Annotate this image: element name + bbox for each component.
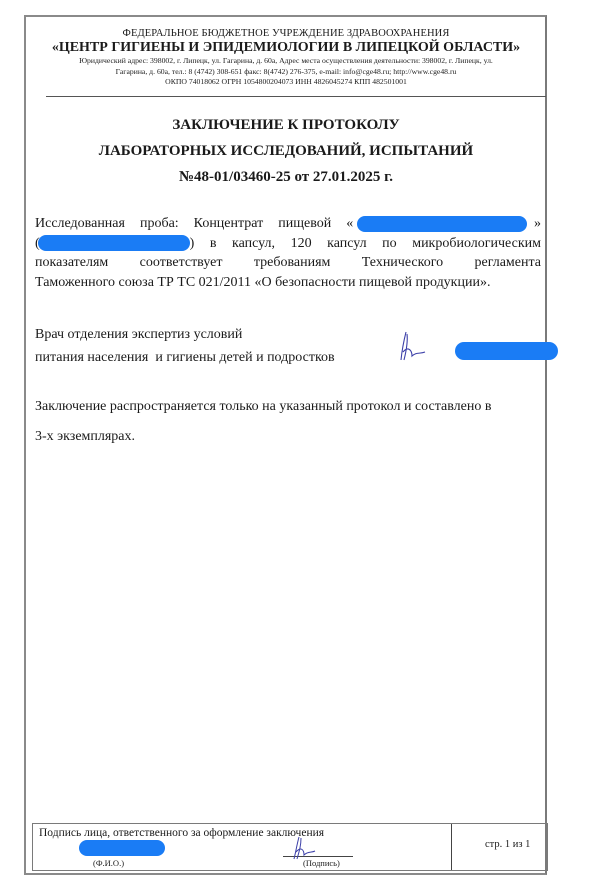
page-number: стр. 1 из 1 <box>485 839 530 850</box>
doctor-position-line-2: питания населения и гигиены детей и подр… <box>35 346 335 369</box>
signature-caption: (Подпись) <box>303 858 340 868</box>
doc-title-line-1: ЗАКЛЮЧЕНИЕ К ПРОТОКОЛУ <box>26 117 546 134</box>
address-line-2: Гагарина, д. 60а, тел.: 8 (4742) 308-651… <box>26 67 546 78</box>
signature-footer: Подпись лица, ответственного за оформлен… <box>32 823 548 871</box>
address-line-1: Юридический адрес: 398002, г. Липецк, ул… <box>26 56 546 67</box>
validity-note-line-2: 3-х экземплярах. <box>35 422 543 452</box>
footer-column-divider <box>451 824 452 870</box>
org-name: «ЦЕНТР ГИГИЕНЫ И ЭПИДЕМИОЛОГИИ В ЛИПЕЦКО… <box>26 40 546 56</box>
conclusion-paragraph: Исследованная проба: Концентрат пищевой … <box>35 214 541 292</box>
validity-note-line-1: Заключение распространяется только на ук… <box>35 392 543 422</box>
letterhead: ФЕДЕРАЛЬНОЕ БЮДЖЕТНОЕ УЧРЕЖДЕНИЕ ЗДРАВОО… <box>26 27 546 88</box>
header-divider <box>46 96 546 97</box>
redacted-product-brand <box>38 235 190 251</box>
validity-note: Заключение распространяется только на ук… <box>35 392 543 452</box>
doc-title-protocol-number: №48-01/03460-25 от 27.01.2025 г. <box>26 169 546 186</box>
conclusion-line-1: Исследованная проба: Концентрат пищевой … <box>35 214 541 234</box>
conclusion-line-4: Таможенного союза ТР ТС 021/2011 «О безо… <box>35 273 541 293</box>
fio-caption: (Ф.И.О.) <box>93 858 124 868</box>
doctor-position-line-1: Врач отделения экспертиз условий <box>35 323 335 346</box>
doc-title-line-2: ЛАБОРАТОРНЫХ ИССЛЕДОВАНИЙ, ИСПЫТАНИЙ <box>26 143 546 160</box>
responsible-label: Подпись лица, ответственного за оформлен… <box>39 827 324 839</box>
redacted-doctor-name <box>455 342 558 360</box>
doctor-signature-icon <box>398 330 428 362</box>
redacted-product-name <box>357 216 527 232</box>
conclusion-line-3: показателям соответствует требованиям Те… <box>35 253 541 273</box>
responsible-signature-icon <box>291 836 317 860</box>
conclusion-line-2: ( ) в капсул, 120 капсул по микробиологи… <box>35 234 541 254</box>
org-type: ФЕДЕРАЛЬНОЕ БЮДЖЕТНОЕ УЧРЕЖДЕНИЕ ЗДРАВОО… <box>26 27 546 40</box>
doctor-position: Врач отделения экспертиз условий питания… <box>35 323 335 369</box>
org-codes: ОКПО 74018062 ОГРН 1054800204073 ИНН 482… <box>26 77 546 88</box>
redacted-responsible-name <box>79 840 165 856</box>
